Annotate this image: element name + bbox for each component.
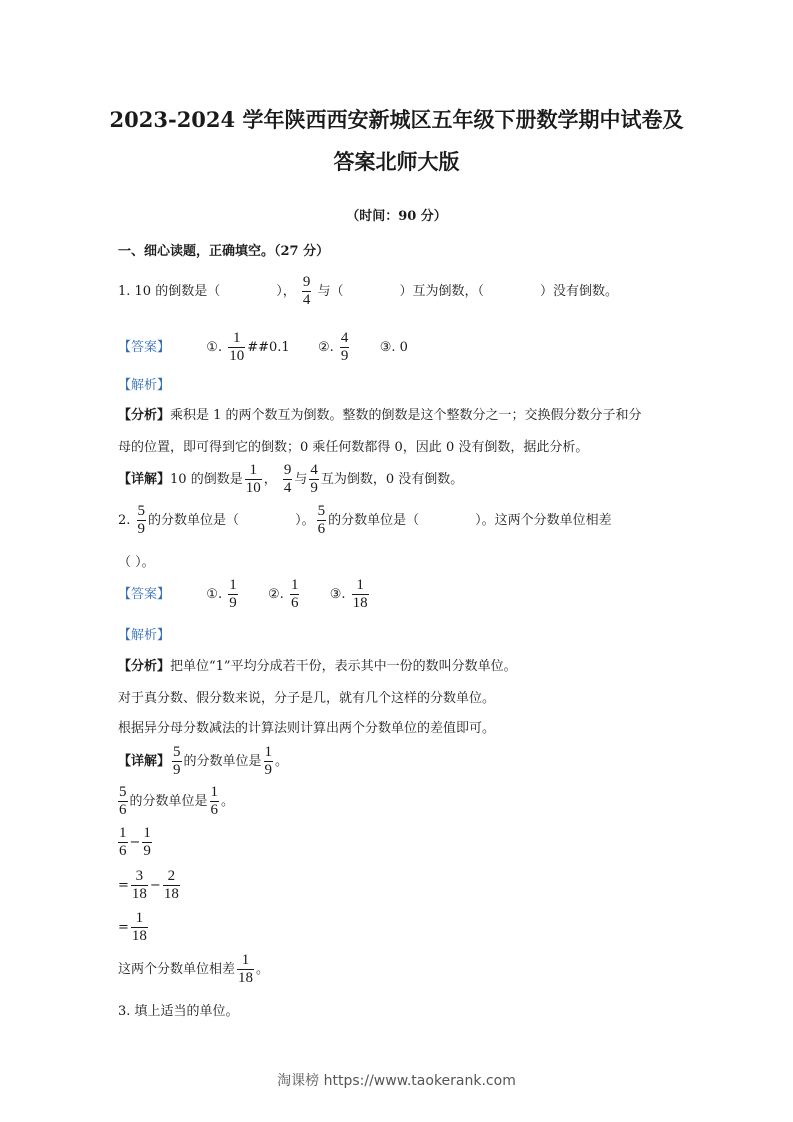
question-3: 3. 填上适当的单位。	[118, 1000, 239, 1019]
fraction: 110	[228, 330, 245, 365]
fraction: 49	[309, 462, 319, 497]
fraction: 19	[264, 744, 274, 779]
document-title-line1: 2023-2024 学年陕西西安新城区五年级下册数学期中试卷及	[0, 104, 793, 134]
fraction: 118	[237, 952, 254, 987]
fraction: 59	[137, 503, 147, 538]
fraction: 19	[228, 577, 238, 612]
q2-line2: （ ）。	[118, 551, 155, 570]
q2-step-6: 这两个分数单位相差118。	[118, 952, 269, 987]
fraction: 110	[245, 462, 262, 497]
footer-watermark: 淘课榜 https://www.taokerank.com	[0, 1070, 793, 1090]
q2-step-4: =318−218	[118, 868, 182, 903]
q1-answer: 【答案】 ①. 110##0.1 ②. 49 ③. 0	[118, 330, 408, 365]
section1-heading: 一、细心读题，正确填空。（27 分）	[118, 240, 329, 259]
question-1: 1. 10 的倒数是（）， 94 与（）互为倒数，（）没有倒数。	[118, 274, 618, 309]
fraction: 94	[283, 462, 293, 497]
q2-step-1: 【详解】59的分数单位是19。	[118, 744, 288, 779]
answer-item: ③. 0	[380, 340, 408, 355]
document-title-line2: 答案北师大版	[0, 146, 793, 176]
q2-fenxi-2: 对于真分数、假分数来说，分子是几，就有几个这样的分数单位。	[118, 687, 495, 706]
fraction: 19	[142, 825, 152, 860]
answer-item: ##0.1	[247, 340, 289, 355]
q1-xiangjie: 【详解】10 的倒数是110， 94与49互为倒数，0 没有倒数。	[118, 462, 463, 497]
fraction: 318	[131, 868, 148, 903]
q2-step-2: 56的分数单位是16。	[118, 784, 234, 819]
answer-item: ①.	[206, 340, 222, 355]
q1-text: ）没有倒数。	[540, 284, 618, 299]
q2-step-3: 16−19	[118, 825, 154, 860]
q1-text: 与（	[318, 284, 344, 299]
q2-answer: 【答案】 ①. 19 ②. 16 ③. 118	[118, 577, 371, 612]
fraction: 218	[163, 868, 180, 903]
analysis-label: 【解析】	[118, 624, 170, 643]
answer-label: 【答案】	[118, 587, 170, 602]
fraction: 56	[118, 784, 128, 819]
fraction: 59	[172, 744, 182, 779]
question-2: 2. 59的分数单位是（）。56的分数单位是（）。这两个分数单位相差	[118, 503, 612, 538]
q1-text: ）互为倒数，（	[400, 284, 485, 299]
q2-step-5: =118	[118, 910, 150, 945]
q1-text: ），	[276, 284, 296, 299]
fraction: 56	[317, 503, 327, 538]
q2-fenxi-3: 根据异分母分数减法的计算法则计算出两个分数单位的差值即可。	[118, 717, 495, 736]
answer-label: 【答案】	[118, 340, 170, 355]
fraction: 118	[352, 577, 369, 612]
fraction: 118	[131, 910, 148, 945]
q1-fenxi-2: 母的位置，即可得到它的倒数；0 乘任何数都得 0，因此 0 没有倒数，据此分析。	[118, 436, 588, 455]
fraction: 16	[118, 825, 128, 860]
q1-fenxi-1: 【分析】乘积是 1 的两个数互为倒数。整数的倒数是这个整数分之一；交换假分数分子…	[118, 404, 642, 423]
q2-fenxi-1: 【分析】把单位“1”平均分成若干份，表示其中一份的数叫分数单位。	[118, 655, 517, 674]
analysis-label: 【解析】	[118, 374, 170, 393]
fraction: 16	[290, 577, 300, 612]
fraction: 49	[340, 330, 350, 365]
time-note: （时间：90 分）	[0, 205, 793, 224]
q1-prefix: 1. 10 的倒数是（	[118, 284, 220, 299]
fraction: 94	[302, 274, 312, 309]
answer-item: ②.	[318, 340, 334, 355]
fraction: 16	[210, 784, 220, 819]
